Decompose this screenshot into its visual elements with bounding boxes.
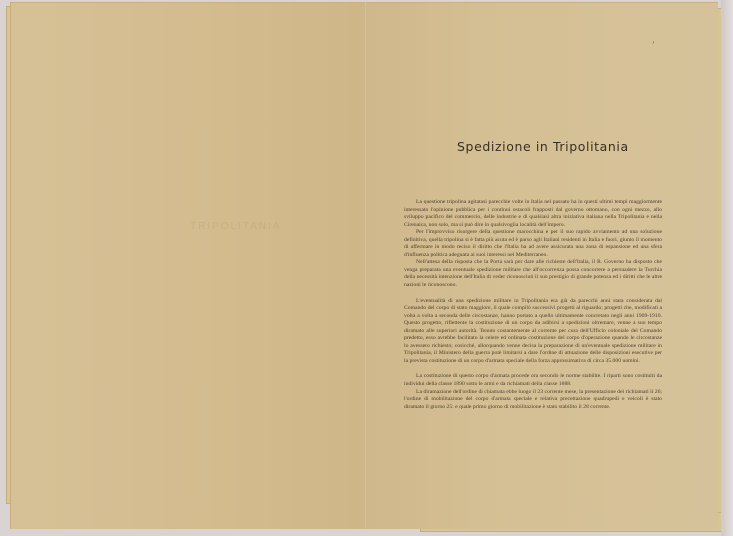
paragraph: La diramazione dell'ordine di chiamata e… xyxy=(404,389,662,412)
paragraph: L'eventualità di una spedizione militare… xyxy=(404,298,662,366)
document-title: Spedizione in Tripolitania xyxy=(457,139,629,154)
document-body: La questione tripolina agitatasi parecch… xyxy=(404,199,662,411)
paragraph: Nell'attesa della risposta che la Porta … xyxy=(404,259,662,289)
paragraph: La questione tripolina agitatasi parecch… xyxy=(404,199,662,229)
paragraph: Per l'improvviso risorgere della questio… xyxy=(404,229,662,259)
left-page xyxy=(10,2,367,529)
paragraph: La costituzione di questo corpo d'armata… xyxy=(404,373,662,388)
background-edge xyxy=(721,0,733,536)
show-through-text: TRIPOLITANIA xyxy=(190,221,282,232)
page-mark: ’ xyxy=(652,40,655,49)
